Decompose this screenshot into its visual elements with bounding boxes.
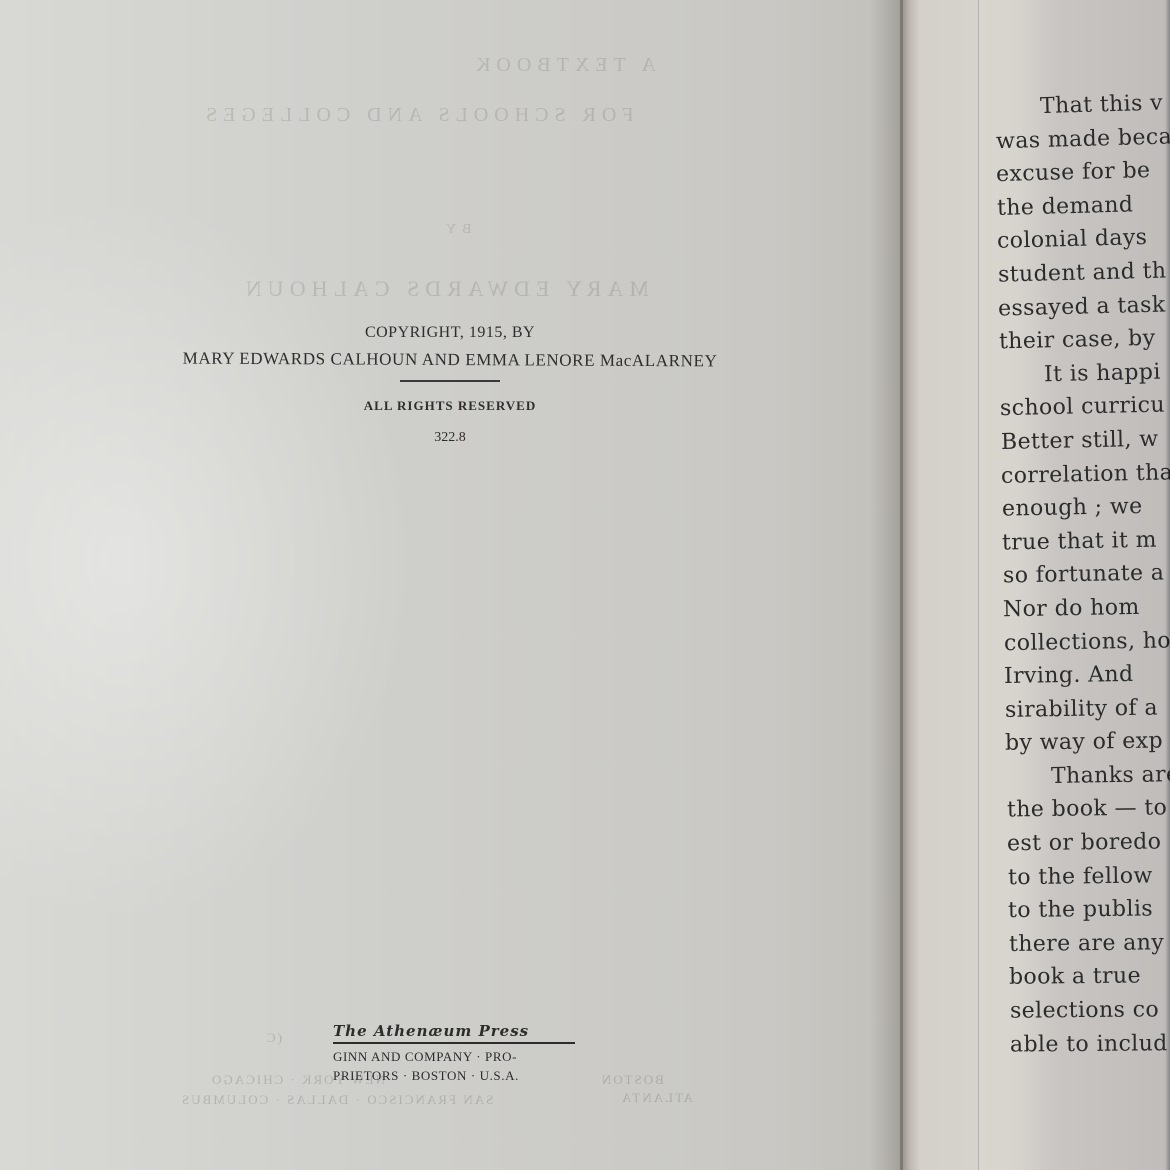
bleed-through-text: FOR SCHOOLS AND COLLEGES	[200, 104, 633, 127]
text-line: est or boredo	[1007, 823, 1170, 861]
bleed-through-text: A TEXTBOOK	[470, 54, 656, 77]
preface-text: That this vwas made becaexcuse for bethe…	[979, 86, 1170, 1060]
text-line: able to includ	[1010, 1025, 1170, 1062]
imprint-line: PRIETORS · BOSTON · U.S.A.	[333, 1066, 575, 1085]
page-separator	[900, 0, 903, 1170]
copyright-line: COPYRIGHT, 1915, BY	[120, 324, 780, 342]
authors-line: MARY EDWARDS CALHOUN AND EMMA LENORE Mac…	[120, 348, 780, 371]
imprint-line: GINN AND COMPANY · PRO-	[333, 1047, 575, 1066]
bleed-through-text: BY	[440, 222, 471, 238]
publisher-imprint: The Athenæum Press GINN AND COMPANY · PR…	[333, 1022, 575, 1085]
bleed-through-text: BOSTON	[600, 1072, 664, 1088]
page-stack-edge	[900, 0, 982, 1170]
text-line: sirability of a	[1005, 688, 1170, 727]
bleed-through-text: MARY EDWARDS CALHOUN	[240, 276, 649, 302]
text-line: book a true	[1009, 958, 1170, 995]
bleed-through-text: (C	[265, 1030, 282, 1046]
bleed-through-text: SAN FRANCISCO · DALLAS · COLUMBUS	[180, 1092, 493, 1108]
text-line: to the publis	[1008, 890, 1170, 928]
text-line: so fortunate a	[1002, 553, 1170, 593]
press-name: The Athenæum Press	[333, 1022, 575, 1044]
left-page-copyright: A TEXTBOOK FOR SCHOOLS AND COLLEGES BY M…	[0, 0, 900, 1170]
imprint-text: GINN AND COMPANY · PRO- PRIETORS · BOSTO…	[333, 1047, 575, 1085]
text-line: enough ; we	[1001, 485, 1170, 526]
text-line: That this v	[995, 81, 1170, 125]
divider-rule	[400, 380, 500, 382]
right-page-preface: That this vwas made becaexcuse for bethe…	[978, 0, 1170, 1170]
text-line: Thanks are	[1006, 755, 1170, 794]
text-line: true that it m	[1002, 519, 1170, 560]
bleed-through-text: ATLANTA	[620, 1090, 693, 1106]
text-line: Irving. And	[1004, 654, 1170, 694]
text-line: to the fellow	[1007, 856, 1170, 894]
text-line: by way of exp	[1005, 722, 1170, 761]
catalog-number: 322.8	[120, 430, 780, 446]
text-line: there are any	[1009, 924, 1170, 961]
page-shadow	[870, 0, 900, 1170]
text-line: collections, ho	[1004, 620, 1170, 660]
text-line: Nor do hom	[1003, 587, 1170, 627]
text-line: selections co	[1010, 991, 1170, 1028]
text-line: the book — to	[1006, 789, 1170, 828]
rights-reserved: ALL RIGHTS RESERVED	[120, 398, 780, 414]
page-shadow	[1165, 0, 1170, 1170]
copyright-notice: COPYRIGHT, 1915, BY MARY EDWARDS CALHOUN…	[120, 322, 780, 446]
